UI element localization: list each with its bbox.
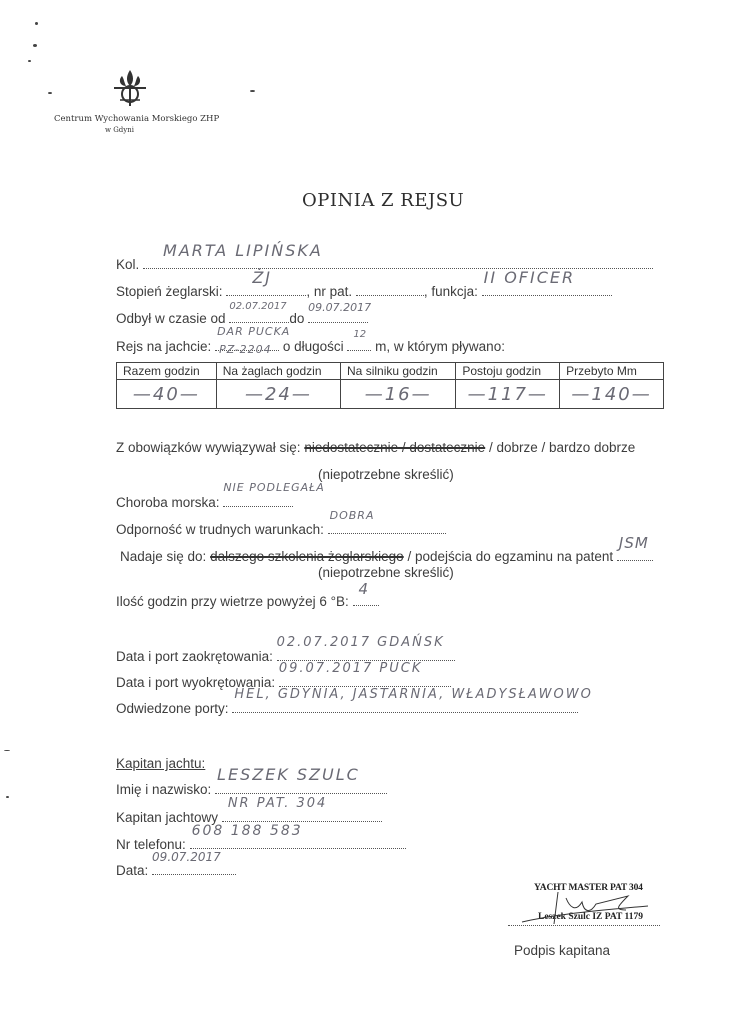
signature-caption: Podpis kapitana xyxy=(514,943,610,958)
stopien-field[interactable]: ŻJ xyxy=(226,283,306,296)
funkcja-value: II OFICER xyxy=(484,268,575,287)
jacht-name-value: DAR PUCKA xyxy=(217,325,290,338)
captain-name-row: Imię i nazwisko: LESZEK SZULC xyxy=(116,781,387,797)
dlugosc-value: 12 xyxy=(353,329,366,340)
wiatr-value: 4 xyxy=(359,580,371,598)
hours-value-cell[interactable]: —24— xyxy=(216,380,340,409)
jacht-row: Rejs na jachcie: DAR PUCKA PZ-2204 o dłu… xyxy=(116,338,505,354)
zaokretowanie-value: 02.07.2017 GDAŃSK xyxy=(277,635,445,650)
odpornosc-row: Odporność w trudnych warunkach: DOBRA xyxy=(116,521,446,537)
fleur-de-lis-ships-wheel-icon xyxy=(110,68,150,108)
obowiazki-row: Z obowiązków wywiązywał się: niedostatec… xyxy=(116,440,635,455)
captain-date-value: 09.07.2017 xyxy=(152,850,221,864)
wiatr-field[interactable]: 4 xyxy=(353,593,379,606)
jacht-reg-value: PZ-2204 xyxy=(219,343,272,356)
stopien-row: Stopień żeglarski: ŻJ , nr pat. , funkcj… xyxy=(116,283,612,299)
wyokretowanie-value: 09.07.2017 PUCK xyxy=(279,661,423,676)
nadaje-remaining-option: / podejścia do egzaminu na patent xyxy=(407,549,613,564)
dlugosc-field[interactable]: 12 xyxy=(347,338,371,351)
captain-name-value: LESZEK SZULC xyxy=(217,765,360,784)
do-label: do xyxy=(289,311,304,326)
note-strike-1: (niepotrzebne skreślić) xyxy=(318,467,454,482)
odbyl-to-value: 09.07.2017 xyxy=(308,301,371,314)
signature-scribble-icon xyxy=(518,888,658,928)
nadaje-struck-option: dalszego szkolenia żeglarskiego xyxy=(210,549,404,564)
funkcja-field[interactable]: II OFICER xyxy=(482,283,612,296)
kol-value: MARTA LIPIŃSKA xyxy=(163,241,323,260)
odbyl-from-field[interactable]: 02.07.2017 xyxy=(229,310,289,323)
jacht-field[interactable]: DAR PUCKA PZ-2204 xyxy=(215,338,279,351)
obowiazki-struck-options: niedostatecznie / dostatecznie xyxy=(304,440,485,455)
captain-date-field[interactable]: 09.07.2017 xyxy=(152,862,236,875)
dlugosc-suffix: m, w którym pływano: xyxy=(375,339,505,354)
captain-date-row: Data: 09.07.2017 xyxy=(116,862,236,878)
captain-phone-field[interactable]: 608 188 583 xyxy=(190,836,406,849)
patent-value: JSM xyxy=(619,534,649,552)
hours-header-cell: Na silniku godzin xyxy=(341,363,456,380)
odwiedzone-field[interactable]: HEL, GDYNIA, JASTARNIA, WŁADYSŁAWOWO xyxy=(232,700,578,713)
odbyl-from-value: 02.07.2017 xyxy=(229,301,286,312)
funkcja-label: , funkcja: xyxy=(424,284,478,299)
org-city: w Gdyni xyxy=(105,126,134,134)
hours-header-cell: Razem godzin xyxy=(117,363,217,380)
hours-header-row: Razem godzin Na żaglach godzin Na silnik… xyxy=(117,363,664,380)
odpornosc-field[interactable]: DOBRA xyxy=(328,521,446,534)
hours-header-cell: Postoju godzin xyxy=(456,363,560,380)
captain-phone-value: 608 188 583 xyxy=(192,823,303,839)
odpornosc-label: Odporność w trudnych warunkach: xyxy=(116,522,324,537)
odpornosc-value: DOBRA xyxy=(330,509,375,522)
org-logo xyxy=(110,68,150,108)
page-title: OPINIA Z REJSU xyxy=(302,190,464,211)
kol-label: Kol. xyxy=(116,257,139,272)
jacht-label: Rejs na jachcie: xyxy=(116,339,211,354)
odwiedzone-row: Odwiedzone porty: HEL, GDYNIA, JASTARNIA… xyxy=(116,700,578,716)
captain-name-field[interactable]: LESZEK SZULC xyxy=(215,781,387,794)
captain-license-field[interactable]: NR PAT. 304 xyxy=(222,809,382,822)
captain-name-label: Imię i nazwisko: xyxy=(116,782,211,797)
nadaje-row: Nadaje się do: dalszego szkolenia żeglar… xyxy=(120,548,653,564)
captain-heading: Kapitan jachtu: xyxy=(116,756,205,771)
obowiazki-remaining-options: / dobrze / bardzo dobrze xyxy=(489,440,635,455)
odbyl-label: Odbył w czasie od xyxy=(116,311,226,326)
odbyl-to-field[interactable]: 09.07.2017 xyxy=(308,310,368,323)
scan-speck xyxy=(28,60,31,62)
scan-speck xyxy=(6,796,9,798)
scan-speck xyxy=(35,22,38,25)
hours-value-cell[interactable]: —16— xyxy=(341,380,456,409)
choroba-field[interactable]: NIE PODLEGAŁA xyxy=(223,494,293,507)
stopien-value: ŻJ xyxy=(252,268,272,287)
odbyl-row: Odbył w czasie od 02.07.2017 do 09.07.20… xyxy=(116,310,368,326)
scan-speck xyxy=(250,90,255,92)
wiatr-label: Ilość godzin przy wietrze powyżej 6 °B: xyxy=(116,594,349,609)
hours-value-cell[interactable]: —40— xyxy=(117,380,217,409)
stopien-label: Stopień żeglarski: xyxy=(116,284,223,299)
hours-value-cell[interactable]: —140— xyxy=(560,380,664,409)
hours-value-cell[interactable]: —117— xyxy=(456,380,560,409)
choroba-row: Choroba morska: NIE PODLEGAŁA xyxy=(116,494,293,510)
hours-header-cell: Na żaglach godzin xyxy=(216,363,340,380)
zaokretowanie-label: Data i port zaokrętowania: xyxy=(116,649,273,664)
odwiedzone-label: Odwiedzone porty: xyxy=(116,701,229,716)
scan-speck xyxy=(48,92,52,94)
hours-value-row: —40— —24— —16— —117— —140— xyxy=(117,380,664,409)
scan-speck xyxy=(33,44,37,47)
obowiazki-label: Z obowiązków wywiązywał się: xyxy=(116,440,301,455)
scan-speck xyxy=(4,750,10,751)
hours-header-cell: Przebyto Mm xyxy=(560,363,664,380)
signature-line[interactable] xyxy=(508,925,660,926)
captain-license-value: NR PAT. 304 xyxy=(228,796,328,811)
choroba-label: Choroba morska: xyxy=(116,495,220,510)
org-name: Centrum Wychowania Morskiego ZHP xyxy=(54,114,219,124)
hours-table: Razem godzin Na żaglach godzin Na silnik… xyxy=(116,362,664,409)
patent-field[interactable]: JSM xyxy=(617,548,653,561)
kol-field[interactable]: MARTA LIPIŃSKA xyxy=(143,256,653,269)
nadaje-label: Nadaje się do: xyxy=(120,549,206,564)
wiatr-row: Ilość godzin przy wietrze powyżej 6 °B: … xyxy=(116,593,379,609)
nr-pat-field[interactable] xyxy=(356,283,424,296)
dlugosc-label: o długości xyxy=(283,339,344,354)
captain-date-label: Data: xyxy=(116,863,148,878)
choroba-value: NIE PODLEGAŁA xyxy=(223,481,325,494)
odwiedzone-value: HEL, GDYNIA, JASTARNIA, WŁADYSŁAWOWO xyxy=(234,687,593,702)
nr-pat-label: , nr pat. xyxy=(306,284,352,299)
wyokretowanie-field[interactable]: 09.07.2017 PUCK xyxy=(279,674,451,687)
note-strike-2: (niepotrzebne skreślić) xyxy=(318,565,454,580)
zaokretowanie-field[interactable]: 02.07.2017 GDAŃSK xyxy=(277,648,455,661)
